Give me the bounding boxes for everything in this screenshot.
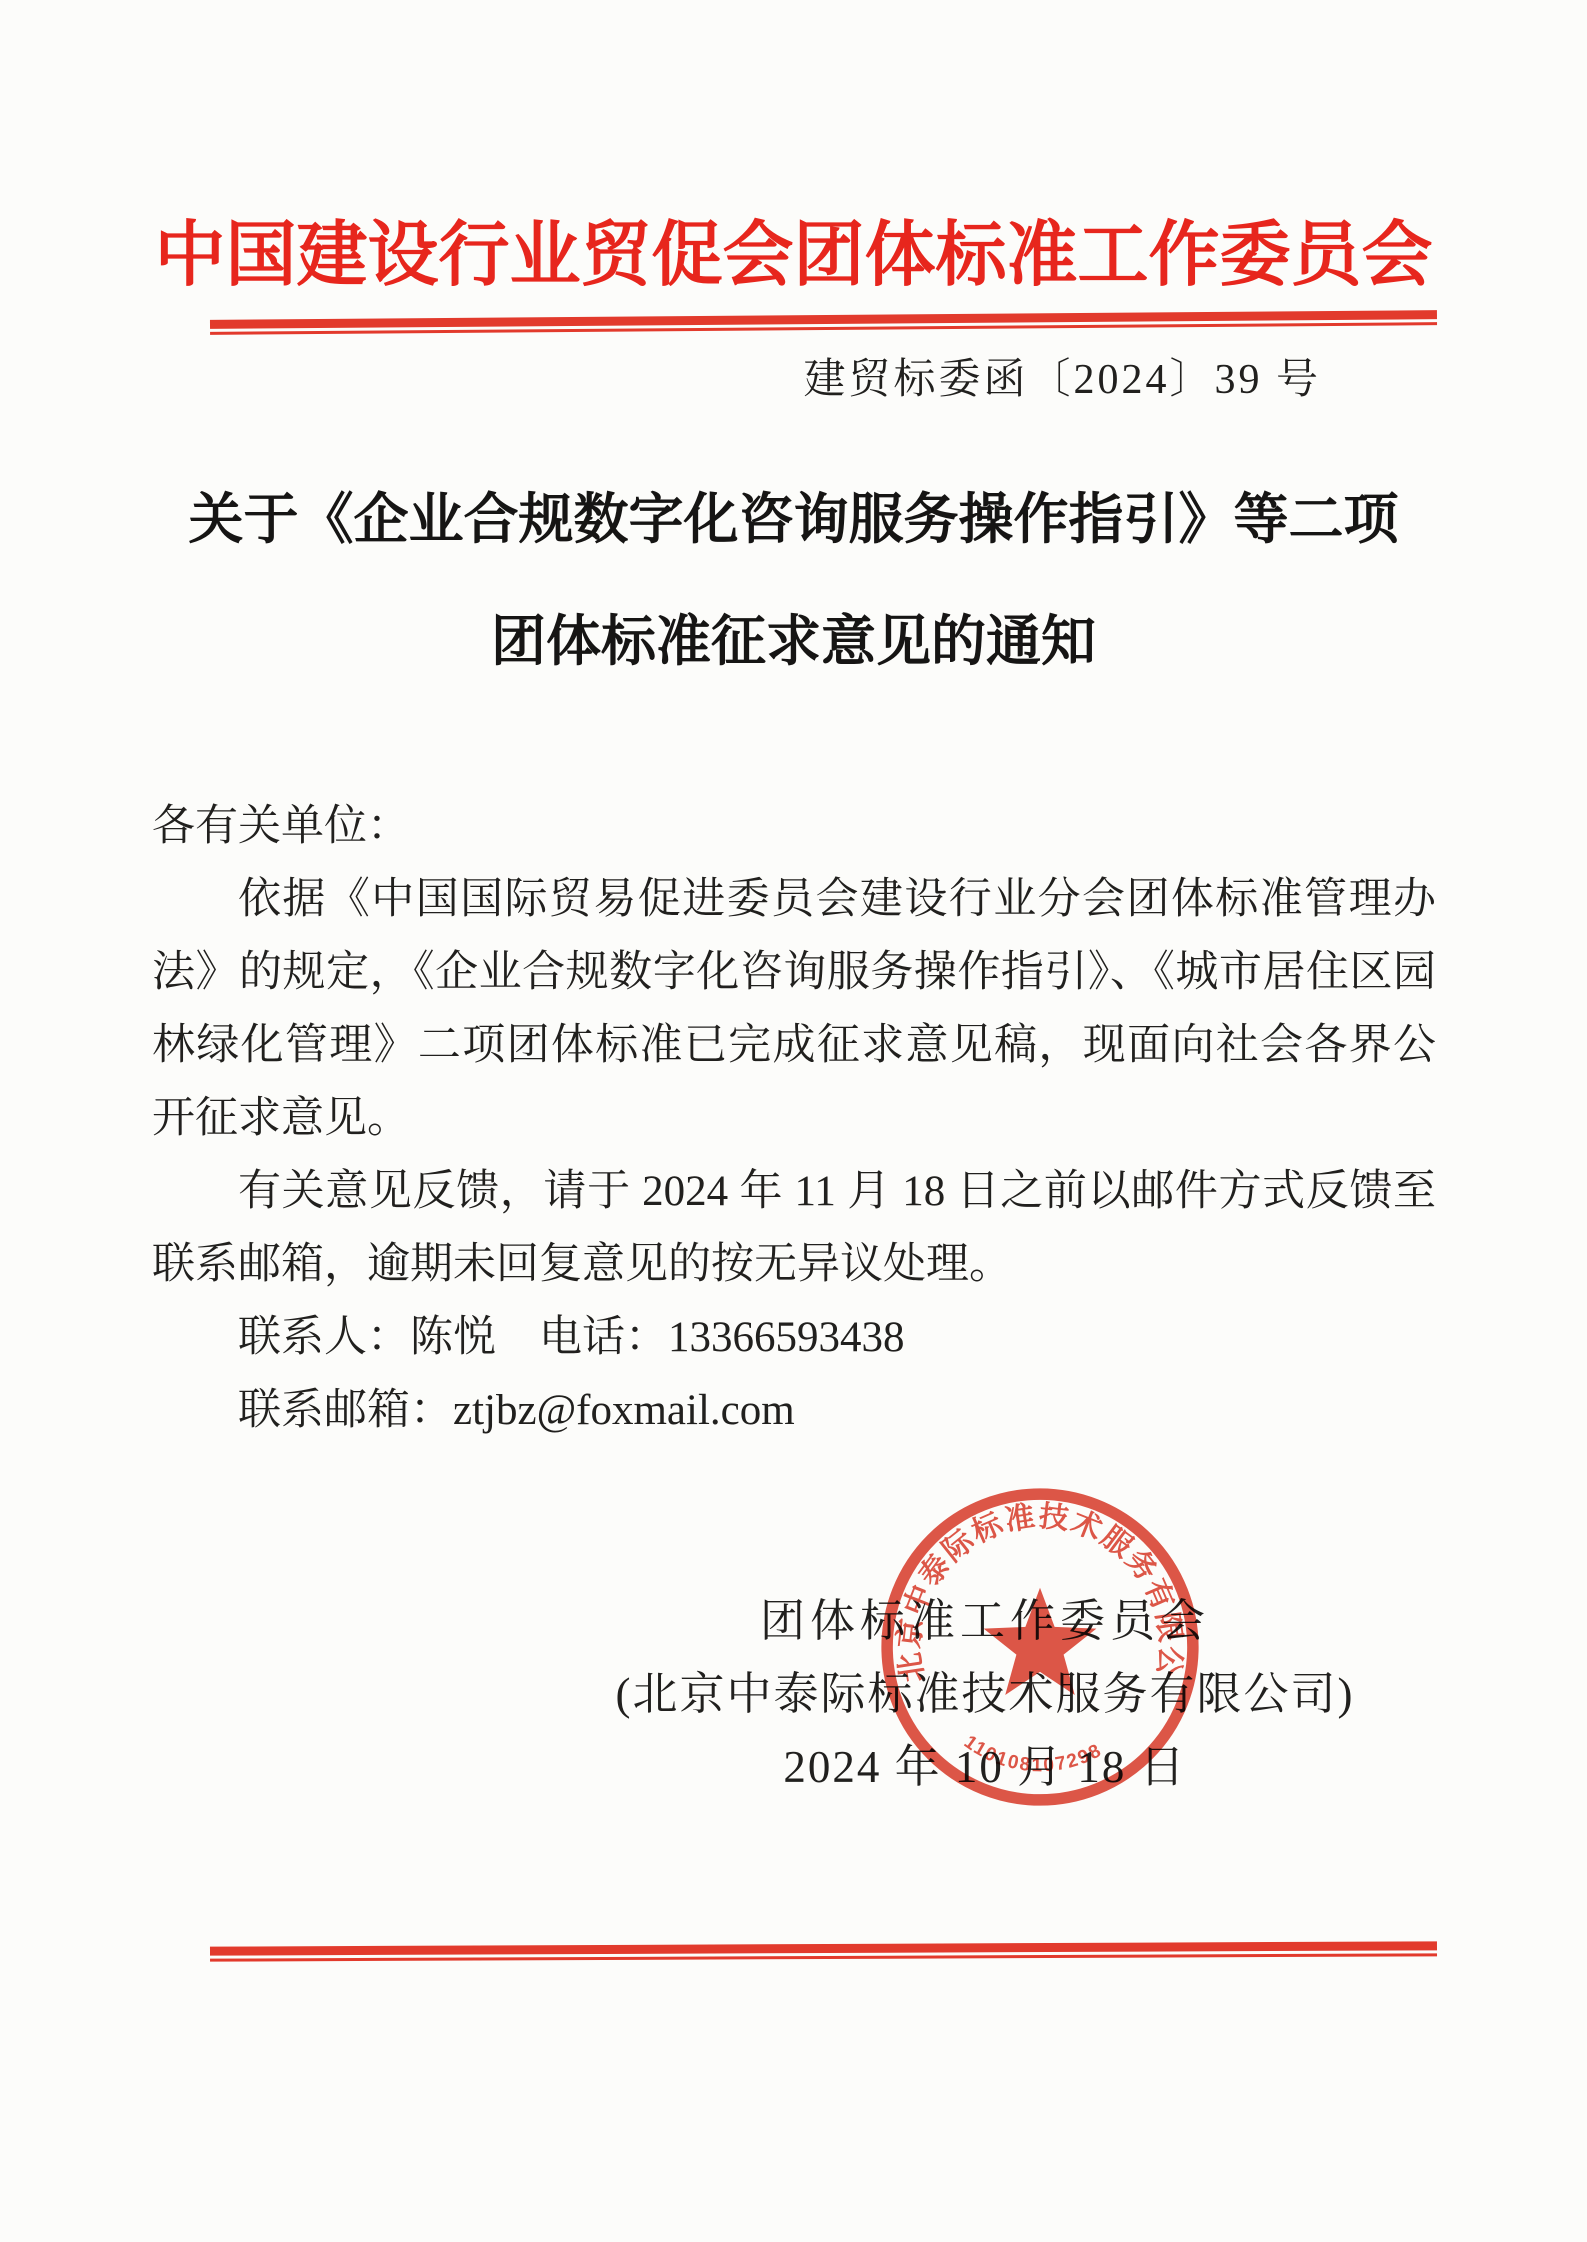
letterhead-org-name: 中国建设行业贸促会团体标准工作委员会 xyxy=(0,198,1587,300)
paragraph-1: 依据《中国国际贸易促进委员会建设行业分会团体标准管理办法》的规定，《企业合规数字… xyxy=(152,863,1436,1155)
doc-title: 关于《企业合规数字化咨询服务操作指引》等二项 团体标准征求意见的通知 xyxy=(0,490,1587,670)
official-seal: 北京中泰际标准技术服务有限公司 110108107298 xyxy=(868,1475,1212,1819)
star-icon xyxy=(984,1588,1097,1695)
seal-serial-wrap: 110108107298 xyxy=(960,1732,1106,1777)
letterhead-rule xyxy=(210,310,1437,335)
document-page: 中国建设行业贸促会团体标准工作委员会 建贸标委函〔2024〕39 号 关于《企业… xyxy=(0,0,1587,2242)
footer-rule xyxy=(210,1941,1437,1961)
doc-body: 各有关单位： 依据《中国国际贸易促进委员会建设行业分会团体标准管理办法》的规定，… xyxy=(152,790,1436,1447)
contact-person-line: 联系人：陈悦 电话：13366593438 xyxy=(152,1301,1436,1374)
doc-title-line2: 团体标准征求意见的通知 xyxy=(0,612,1587,670)
doc-reference-number: 建贸标委函〔2024〕39 号 xyxy=(803,346,1321,406)
contact-email-line: 联系邮箱：ztjbz@foxmail.com xyxy=(152,1374,1436,1447)
salutation: 各有关单位： xyxy=(152,790,1436,863)
paragraph-2: 有关意见反馈，请于 2024 年 11 月 18 日之前以邮件方式反馈至联系邮箱… xyxy=(152,1155,1436,1301)
seal-serial-number: 110108107298 xyxy=(960,1732,1106,1777)
doc-title-line1: 关于《企业合规数字化咨询服务操作指引》等二项 xyxy=(0,490,1587,548)
